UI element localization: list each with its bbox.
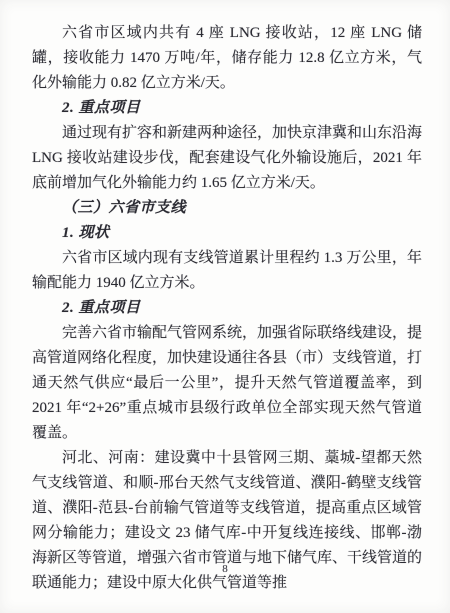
body-paragraph: 六省市区域内现有支线管道累计里程约 1.3 万公里，年输配能力 1940 亿立方… bbox=[32, 246, 422, 296]
body-paragraph: 六省市区域内共有 4 座 LNG 接收站，12 座 LNG 储罐，接收能力 14… bbox=[32, 21, 422, 96]
section-heading: 2. 重点项目 bbox=[32, 96, 422, 121]
body-paragraph: 完善六省市输配气管网系统，加强省际联络线建设，提高管道网络化程度，加快建设通往各… bbox=[32, 321, 422, 446]
section-heading: 1. 现状 bbox=[32, 221, 422, 246]
section-heading: （三）六省市支线 bbox=[32, 196, 422, 221]
section-heading: 2. 重点项目 bbox=[32, 296, 422, 321]
body-paragraph: 通过现有扩容和新建两种途径，加快京津冀和山东沿海 LNG 接收站建设步伐，配套建… bbox=[32, 121, 422, 196]
document-body: 六省市区域内共有 4 座 LNG 接收站，12 座 LNG 储罐，接收能力 14… bbox=[32, 21, 422, 596]
document-page: 六省市区域内共有 4 座 LNG 接收站，12 座 LNG 储罐，接收能力 14… bbox=[0, 0, 450, 613]
page-number: 8 bbox=[0, 561, 450, 577]
